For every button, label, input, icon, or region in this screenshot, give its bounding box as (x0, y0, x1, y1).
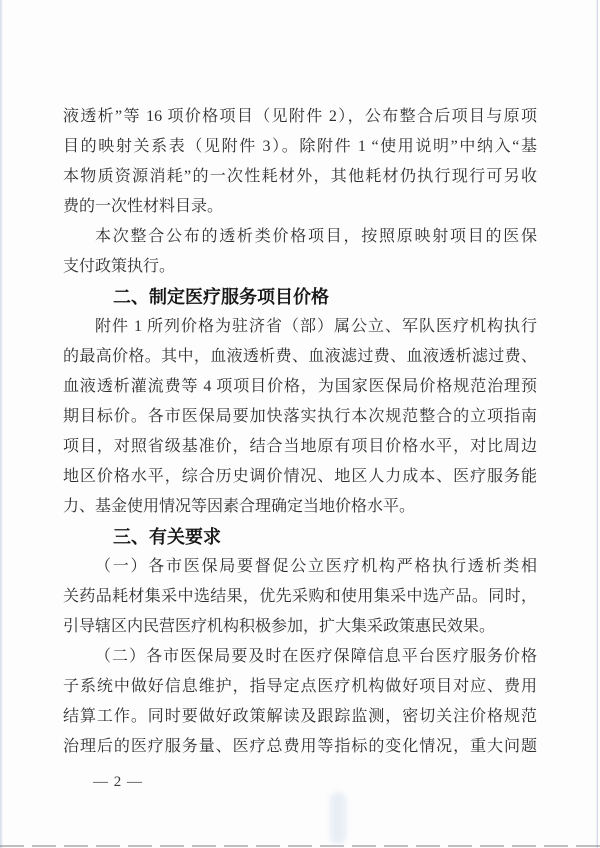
document-line: 液透析”等 16 项价格项目（见附件 2），公布整合后项目与原项 (63, 102, 537, 132)
document-line: 费的一次性材料目录。 (63, 192, 537, 222)
document-line: 血液透析灌流费等 4 项项目价格，为国家医保局价格规范治理预 (63, 372, 537, 402)
document-line: 本物质资源消耗”的一次性耗材外，其他耗材仍执行现行可另收 (63, 162, 537, 192)
document-line: 期目标价。各市医保局要加快落实执行本次规范整合的立项指南 (63, 402, 537, 432)
document-line: 本次整合公布的透析类价格项目，按照原映射项目的医保 (63, 222, 537, 252)
scan-artifact-right-edge (596, 0, 598, 848)
section-heading: 三、有关要求 (63, 522, 537, 552)
scan-artifact-left-edge (0, 0, 3, 848)
document-line: 子系统中做好信息维护，指导定点医疗机构做好项目对应、费用 (63, 672, 537, 702)
document-line: 附件 1 所列价格为驻济省（部）属公立、军队医疗机构执行 (63, 312, 537, 342)
page-number: — 2 — (93, 770, 143, 794)
document-line: 项目，对照省级基准价，结合当地原有项目价格水平，对比周边 (63, 432, 537, 462)
document-line: 的最高价格。其中，血液透析费、血液滤过费、血液透析滤过费、 (63, 342, 537, 372)
document-line: （一）各市医保局要督促公立医疗机构严格执行透析类相 (63, 552, 537, 582)
document-line: （二）各市医保局要及时在医疗保障信息平台医疗服务价格 (63, 642, 537, 672)
document-line: 地区价格水平，综合历史调价情况、地区人力成本、医疗服务能 (63, 462, 537, 492)
section-heading: 二、制定医疗服务项目价格 (63, 282, 537, 312)
document-line: 目的映射关系表（见附件 3）。除附件 1 “使用说明”中纳入“基 (63, 132, 537, 162)
document-line: 引导辖区内民营医疗机构积极参加，扩大集采政策惠民效果。 (63, 612, 537, 642)
document-line: 治理后的医疗服务量、医疗总费用等指标的变化情况，重大问题 (63, 732, 537, 762)
document-page: 液透析”等 16 项价格项目（见附件 2），公布整合后项目与原项目的映射关系表（… (0, 0, 600, 848)
document-line: 结算工作。同时要做好政策解读及跟踪监测，密切关注价格规范 (63, 702, 537, 732)
document-line: 力、基金使用情况等因素合理确定当地价格水平。 (63, 492, 537, 522)
document-line: 支付政策执行。 (63, 252, 537, 282)
document-body: 液透析”等 16 项价格项目（见附件 2），公布整合后项目与原项目的映射关系表（… (63, 102, 537, 762)
scan-artifact-smudge (330, 792, 346, 844)
document-line: 关药品耗材集采中选结果，优先采购和使用集采中选产品。同时， (63, 582, 537, 612)
scan-artifact-bottom-dashed-line (0, 845, 600, 847)
